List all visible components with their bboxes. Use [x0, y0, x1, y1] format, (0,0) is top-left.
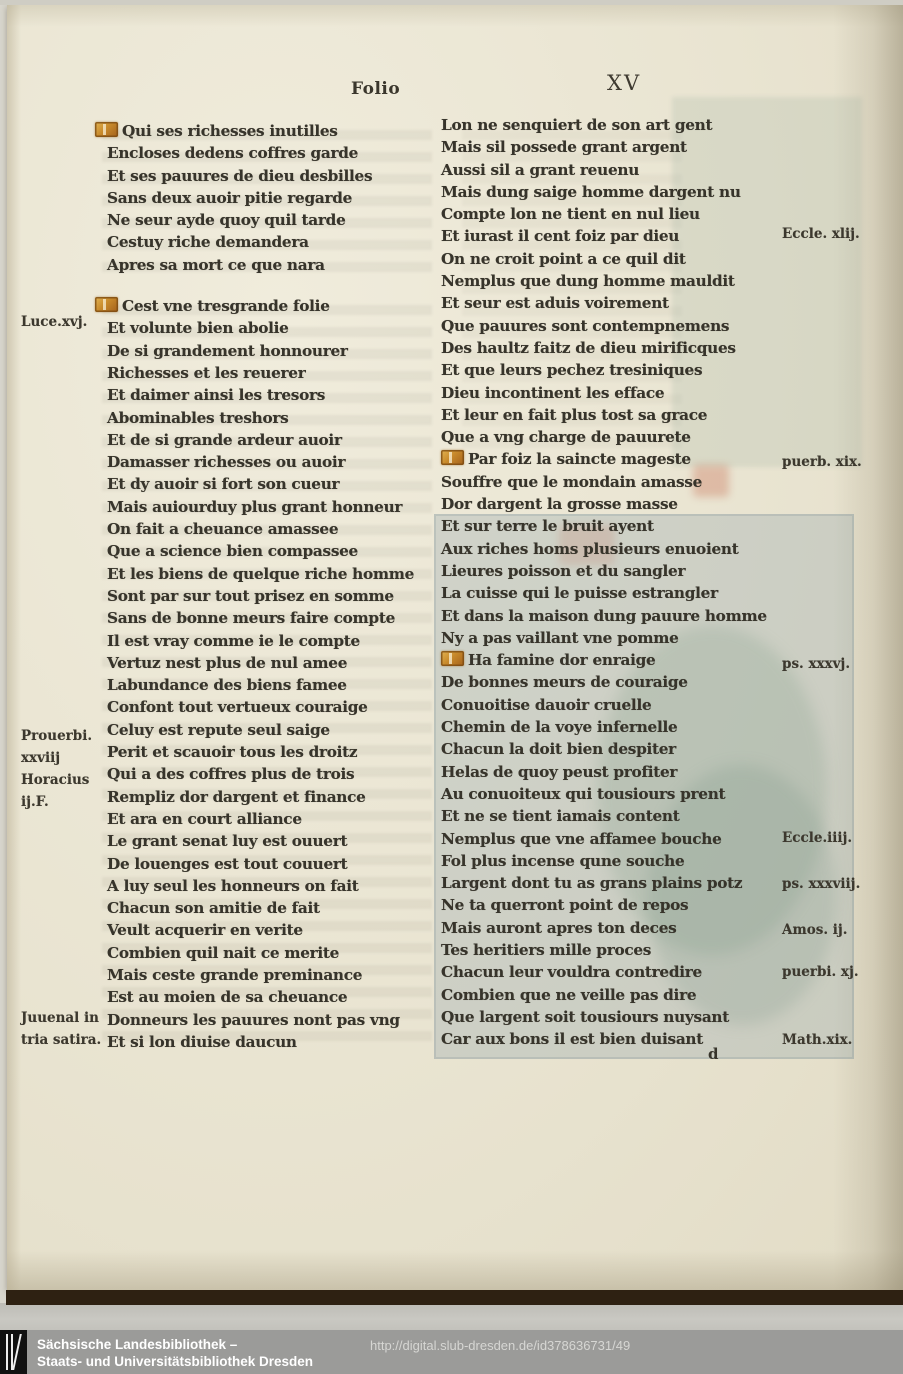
verse-line: Nemplus que vne affamee bouche — [441, 828, 786, 850]
verse-text: Que a vng charge de pauurete — [441, 428, 691, 446]
verse-text: Celuy est repute seul saige — [107, 721, 330, 739]
note-luke: Luce.xvj. — [21, 311, 87, 333]
verse-text: Cestuy riche demandera — [107, 233, 309, 251]
verse-line: Sont par sur tout prisez en somme — [95, 585, 445, 607]
margin-note-line: ps. xxxvj. — [782, 653, 850, 675]
verse-line: Et leur en fait plus tost sa grace — [441, 404, 786, 426]
verse-line: Rempliz dor dargent et finance — [95, 786, 445, 808]
note-proverbs-horace: Prouerbi.xxviijHoraciusij.F. — [21, 725, 92, 813]
source-url: http://digital.slub-dresden.de/id3786367… — [370, 1338, 630, 1353]
verse-line: Lieures poisson et du sangler — [441, 560, 786, 582]
verse-text: Et si lon diuise daucun — [107, 1033, 297, 1051]
note-prov-11: puerbi. xj. — [782, 961, 859, 983]
capitulum-initial-icon — [441, 450, 464, 465]
verse-text: Lon ne senquiert de son art gent — [441, 116, 712, 134]
verse-text: Helas de quoy peust profiter — [441, 763, 677, 781]
library-name-line1: Sächsische Landesbibliothek – — [37, 1336, 313, 1353]
verse-text: Chacun son amitie de fait — [107, 899, 320, 917]
verse-text: Dor dargent la grosse masse — [441, 495, 678, 513]
verse-text: Mais ceste grande preminance — [107, 966, 362, 984]
quire-signature-mark: d — [708, 1045, 719, 1063]
verse-line: Que pauures sont contempnemens — [441, 315, 786, 337]
margin-note-line: Amos. ij. — [782, 919, 847, 941]
verse-text: De louenges est tout couuert — [107, 855, 347, 873]
verse-line: Mais auront apres ton deces — [441, 917, 786, 939]
left-text-column: Qui ses richesses inutillesEncloses dede… — [95, 120, 445, 1053]
verse-line: Donneurs les pauures nont pas vng — [95, 1009, 445, 1031]
verse-text: Mais auront apres ton deces — [441, 919, 676, 937]
verse-text: Encloses dedens coffres garde — [107, 144, 358, 162]
verse-text: Fol plus incense qune souche — [441, 852, 684, 870]
verse-line: Chacun leur vouldra contredire — [441, 961, 786, 983]
note-prov-19: puerb. xix. — [782, 451, 862, 473]
verse-line: Qui ses richesses inutilles — [95, 120, 445, 142]
verse-text: Et sur terre le bruit ayent — [441, 517, 654, 535]
verse-text: Conuoitise dauoir cruelle — [441, 696, 651, 714]
verse-line: Que largent soit tousiours nuysant — [441, 1006, 786, 1028]
verse-line: Sans deux auoir pitie regarde — [95, 187, 445, 209]
verse-line: Abominables treshors — [95, 407, 445, 429]
verse-text: Confont tout vertueux couraige — [107, 698, 368, 716]
verse-line: Helas de quoy peust profiter — [441, 761, 786, 783]
verse-line: On ne croit point a ce quil dit — [441, 248, 786, 270]
verse-text: Nemplus que dung homme mauldit — [441, 272, 735, 290]
verse-text: Et dans la maison dung pauure homme — [441, 607, 767, 625]
verse-line: Confont tout vertueux couraige — [95, 696, 445, 718]
verse-text: Et seur est aduis voirement — [441, 294, 669, 312]
verse-text: Mais sil possede grant argent — [441, 138, 687, 156]
folio-label: Folio — [351, 79, 400, 99]
verse-text: Mais dung saige homme dargent nu — [441, 183, 741, 201]
note-eccle-42: Eccle. xlij. — [782, 223, 860, 245]
verse-text: Que pauures sont contempnemens — [441, 317, 729, 335]
verse-line: Et ara en court alliance — [95, 808, 445, 830]
table-cloth — [0, 1303, 903, 1330]
margin-note-line: ps. xxxviij. — [782, 873, 860, 895]
verse-line: Mais sil possede grant argent — [441, 136, 786, 158]
verse-text: Souffre que le mondain amasse — [441, 473, 702, 491]
verse-line: Souffre que le mondain amasse — [441, 471, 786, 493]
verse-text: Et leur en fait plus tost sa grace — [441, 406, 707, 424]
verse-text: Combien quil nait ce merite — [107, 944, 339, 962]
margin-note-line: Juuenal in — [21, 1007, 101, 1029]
capitulum-initial-icon — [95, 297, 118, 312]
verse-text: Vertuz nest plus de nul amee — [107, 654, 347, 672]
verse-text: Le grant senat luy est ouuert — [107, 832, 347, 850]
note-juvenal: Juuenal intria satira. — [21, 1007, 101, 1051]
verse-line: Conuoitise dauoir cruelle — [441, 694, 786, 716]
verse-line: Encloses dedens coffres garde — [95, 142, 445, 164]
verse-line: Nemplus que dung homme mauldit — [441, 270, 786, 292]
verse-text: Abominables treshors — [107, 409, 288, 427]
verse-text: Lieures poisson et du sangler — [441, 562, 685, 580]
verse-line: Des haultz faitz de dieu mirificques — [441, 337, 786, 359]
stanza: Qui ses richesses inutillesEncloses dede… — [95, 120, 445, 276]
verse-text: Des haultz faitz de dieu mirificques — [441, 339, 736, 357]
verse-line: Est au moien de sa cheuance — [95, 986, 445, 1008]
verse-line: Largent dont tu as grans plains potz — [441, 872, 786, 894]
verse-text: Qui a des coffres plus de trois — [107, 765, 354, 783]
verse-line: Cestuy riche demandera — [95, 231, 445, 253]
verse-line: Damasser richesses ou auoir — [95, 451, 445, 473]
verse-text: Et volunte bien abolie — [107, 319, 289, 337]
margin-note-line: Prouerbi. — [21, 725, 92, 747]
verse-line: Lon ne senquiert de son art gent — [441, 114, 786, 136]
verse-line: Veult acquerir en verite — [95, 919, 445, 941]
scan-background-strip — [0, 0, 903, 5]
verse-line: Et dy auoir si fort son cueur — [95, 473, 445, 495]
verse-text: Est au moien de sa cheuance — [107, 988, 347, 1006]
verse-text: Au conuoiteux qui tousiours prent — [441, 785, 725, 803]
verse-text: Il est vray comme ie le compte — [107, 632, 360, 650]
margin-note-line: Horacius — [21, 769, 92, 791]
verse-line: Car aux bons il est bien duisant — [441, 1028, 786, 1050]
verse-line: Dor dargent la grosse masse — [441, 493, 786, 515]
verse-line: De si grandement honnourer — [95, 340, 445, 362]
verse-text: Veult acquerir en verite — [107, 921, 303, 939]
verse-text: Richesses et les reuerer — [107, 364, 306, 382]
verse-line: Mais dung saige homme dargent nu — [441, 181, 786, 203]
library-name: Sächsische Landesbibliothek – Staats- un… — [37, 1336, 313, 1370]
note-matth-19: Math.xix. — [782, 1029, 852, 1051]
verse-line: Et que leurs pechez tresiniques — [441, 359, 786, 381]
capitulum-initial-icon — [441, 651, 464, 666]
verse-text: Sans deux auoir pitie regarde — [107, 189, 352, 207]
margin-note-line: Math.xix. — [782, 1029, 852, 1051]
verse-text: Sans de bonne meurs faire compte — [107, 609, 395, 627]
note-ps-38: ps. xxxviij. — [782, 873, 860, 895]
margin-note-line: xxviij — [21, 747, 92, 769]
verse-text: Rempliz dor dargent et finance — [107, 788, 366, 806]
verse-line: Que a science bien compassee — [95, 540, 445, 562]
verse-line: Tes heritiers mille proces — [441, 939, 786, 961]
verse-line: Celuy est repute seul saige — [95, 719, 445, 741]
margin-note-line: tria satira. — [21, 1029, 101, 1051]
margin-note-line: puerbi. xj. — [782, 961, 859, 983]
page-number: XV — [607, 71, 641, 95]
verse-line: De louenges est tout couuert — [95, 853, 445, 875]
verse-line: Combien que ne veille pas dire — [441, 984, 786, 1006]
verse-line: On fait a cheuance amassee — [95, 518, 445, 540]
verse-text: Par foiz la saincte mageste — [468, 450, 691, 468]
verse-text: Cest vne tresgrande folie — [122, 297, 330, 315]
verse-line: Et si lon diuise daucun — [95, 1031, 445, 1053]
note-ps-36: ps. xxxvj. — [782, 653, 850, 675]
margin-note-line: Eccle.iiij. — [782, 827, 852, 849]
verse-line: Aux riches homs plusieurs enuoient — [441, 538, 786, 560]
verse-text: Et dy auoir si fort son cueur — [107, 475, 339, 493]
verse-text: A luy seul les honneurs on fait — [107, 877, 359, 895]
verse-line: Qui a des coffres plus de trois — [95, 763, 445, 785]
library-name-line2: Staats- und Universitätsbibliothek Dresd… — [37, 1353, 313, 1370]
verse-line: Perit et scauoir tous les droitz — [95, 741, 445, 763]
verse-text: Aussi sil a grant reuenu — [441, 161, 639, 179]
verse-text: Labundance des biens famee — [107, 676, 347, 694]
margin-note-line: ij.F. — [21, 791, 92, 813]
stanza: Cest vne tresgrande folieEt volunte bien… — [95, 295, 445, 1053]
verse-text: Donneurs les pauures nont pas vng — [107, 1011, 400, 1029]
verse-text: Chemin de la voye infernelle — [441, 718, 677, 736]
verse-text: Ny a pas vaillant vne pomme — [441, 629, 679, 647]
verse-text: Et ara en court alliance — [107, 810, 302, 828]
right-text-column: Lon ne senquiert de son art gentMais sil… — [441, 114, 786, 1050]
verse-text: De si grandement honnourer — [107, 342, 348, 360]
verse-line: Et sur terre le bruit ayent — [441, 515, 786, 537]
margin-note-line: Luce.xvj. — [21, 311, 87, 333]
verse-text: Compte lon ne tient en nul lieu — [441, 205, 700, 223]
book-gilt-edge — [6, 1290, 903, 1305]
verse-text: On fait a cheuance amassee — [107, 520, 338, 538]
verse-line: Mais ceste grande preminance — [95, 964, 445, 986]
verse-line: Ne seur ayde quoy quil tarde — [95, 209, 445, 231]
verse-text: La cuisse qui le puisse estrangler — [441, 584, 718, 602]
verse-text: Combien que ne veille pas dire — [441, 986, 696, 1004]
verse-line: Cest vne tresgrande folie — [95, 295, 445, 317]
verse-line: Dieu incontinent les efface — [441, 382, 786, 404]
verse-line: Par foiz la saincte mageste — [441, 448, 786, 470]
verse-text: Et daimer ainsi les tresors — [107, 386, 325, 404]
verse-text: Perit et scauoir tous les droitz — [107, 743, 357, 761]
verse-text: Que largent soit tousiours nuysant — [441, 1008, 729, 1026]
verse-text: Chacun leur vouldra contredire — [441, 963, 702, 981]
verse-text: Largent dont tu as grans plains potz — [441, 874, 742, 892]
footer-bar: Sächsische Landesbibliothek – Staats- un… — [0, 1330, 903, 1374]
scan-photo: Folio XV Qui ses richesses inutillesEncl… — [0, 0, 903, 1374]
verse-line: Et iurast il cent foiz par dieu — [441, 225, 786, 247]
slub-logo-icon — [0, 1330, 27, 1374]
verse-text: Chacun la doit bien despiter — [441, 740, 676, 758]
verse-line: Vertuz nest plus de nul amee — [95, 652, 445, 674]
verse-line: Et seur est aduis voirement — [441, 292, 786, 314]
book-page: Folio XV Qui ses richesses inutillesEncl… — [7, 5, 903, 1290]
verse-line: Aussi sil a grant reuenu — [441, 159, 786, 181]
verse-text: Aux riches homs plusieurs enuoient — [441, 540, 738, 558]
verse-text: Et iurast il cent foiz par dieu — [441, 227, 679, 245]
note-amos-2: Amos. ij. — [782, 919, 847, 941]
verse-line: Chacun son amitie de fait — [95, 897, 445, 919]
verse-line: Mais auiourduy plus grant honneur — [95, 496, 445, 518]
verse-text: Car aux bons il est bien duisant — [441, 1030, 703, 1048]
verse-text: Qui ses richesses inutilles — [122, 122, 338, 140]
verse-line: Le grant senat luy est ouuert — [95, 830, 445, 852]
verse-line: Il est vray comme ie le compte — [95, 630, 445, 652]
verse-line: Chacun la doit bien despiter — [441, 738, 786, 760]
verse-text: Et que leurs pechez tresiniques — [441, 361, 702, 379]
verse-line: Compte lon ne tient en nul lieu — [441, 203, 786, 225]
verse-text: Ne seur ayde quoy quil tarde — [107, 211, 346, 229]
verse-text: Nemplus que vne affamee bouche — [441, 830, 722, 848]
verse-text: Et les biens de quelque riche homme — [107, 565, 414, 583]
verse-text: Apres sa mort ce que nara — [107, 256, 325, 274]
verse-line: Et de si grande ardeur auoir — [95, 429, 445, 451]
verse-line: A luy seul les honneurs on fait — [95, 875, 445, 897]
verse-line: Ne ta querront point de repos — [441, 894, 786, 916]
verse-line: Et volunte bien abolie — [95, 317, 445, 339]
verse-line: Fol plus incense qune souche — [441, 850, 786, 872]
verse-line: Richesses et les reuerer — [95, 362, 445, 384]
verse-text: Tes heritiers mille proces — [441, 941, 651, 959]
verse-text: Et de si grande ardeur auoir — [107, 431, 342, 449]
verse-line: Au conuoiteux qui tousiours prent — [441, 783, 786, 805]
verse-line: Sans de bonne meurs faire compte — [95, 607, 445, 629]
verse-line: Chemin de la voye infernelle — [441, 716, 786, 738]
verse-text: Dieu incontinent les efface — [441, 384, 664, 402]
verse-text: De bonnes meurs de couraige — [441, 673, 688, 691]
verse-line: Apres sa mort ce que nara — [95, 254, 445, 276]
verse-text: Sont par sur tout prisez en somme — [107, 587, 394, 605]
verse-line: Et ses pauures de dieu desbilles — [95, 165, 445, 187]
verse-text: Et ne se tient iamais content — [441, 807, 680, 825]
margin-note-line: Eccle. xlij. — [782, 223, 860, 245]
verse-text: Ne ta querront point de repos — [441, 896, 688, 914]
verse-line: De bonnes meurs de couraige — [441, 671, 786, 693]
margin-note-line: puerb. xix. — [782, 451, 862, 473]
verse-line: Et daimer ainsi les tresors — [95, 384, 445, 406]
verse-line: Labundance des biens famee — [95, 674, 445, 696]
verse-text: Que a science bien compassee — [107, 542, 358, 560]
verse-text: Et ses pauures de dieu desbilles — [107, 167, 372, 185]
verse-line: Que a vng charge de pauurete — [441, 426, 786, 448]
verse-line: Ny a pas vaillant vne pomme — [441, 627, 786, 649]
note-eccle-4: Eccle.iiij. — [782, 827, 852, 849]
verse-text: Damasser richesses ou auoir — [107, 453, 345, 471]
verse-line: Et les biens de quelque riche homme — [95, 563, 445, 585]
verse-text: Ha famine dor enraige — [468, 651, 655, 669]
verse-line: La cuisse qui le puisse estrangler — [441, 582, 786, 604]
verse-line: Et dans la maison dung pauure homme — [441, 605, 786, 627]
verse-text: On ne croit point a ce quil dit — [441, 250, 686, 268]
verse-text: Mais auiourduy plus grant honneur — [107, 498, 402, 516]
verse-line: Combien quil nait ce merite — [95, 942, 445, 964]
capitulum-initial-icon — [95, 122, 118, 137]
verse-line: Et ne se tient iamais content — [441, 805, 786, 827]
verse-line: Ha famine dor enraige — [441, 649, 786, 671]
